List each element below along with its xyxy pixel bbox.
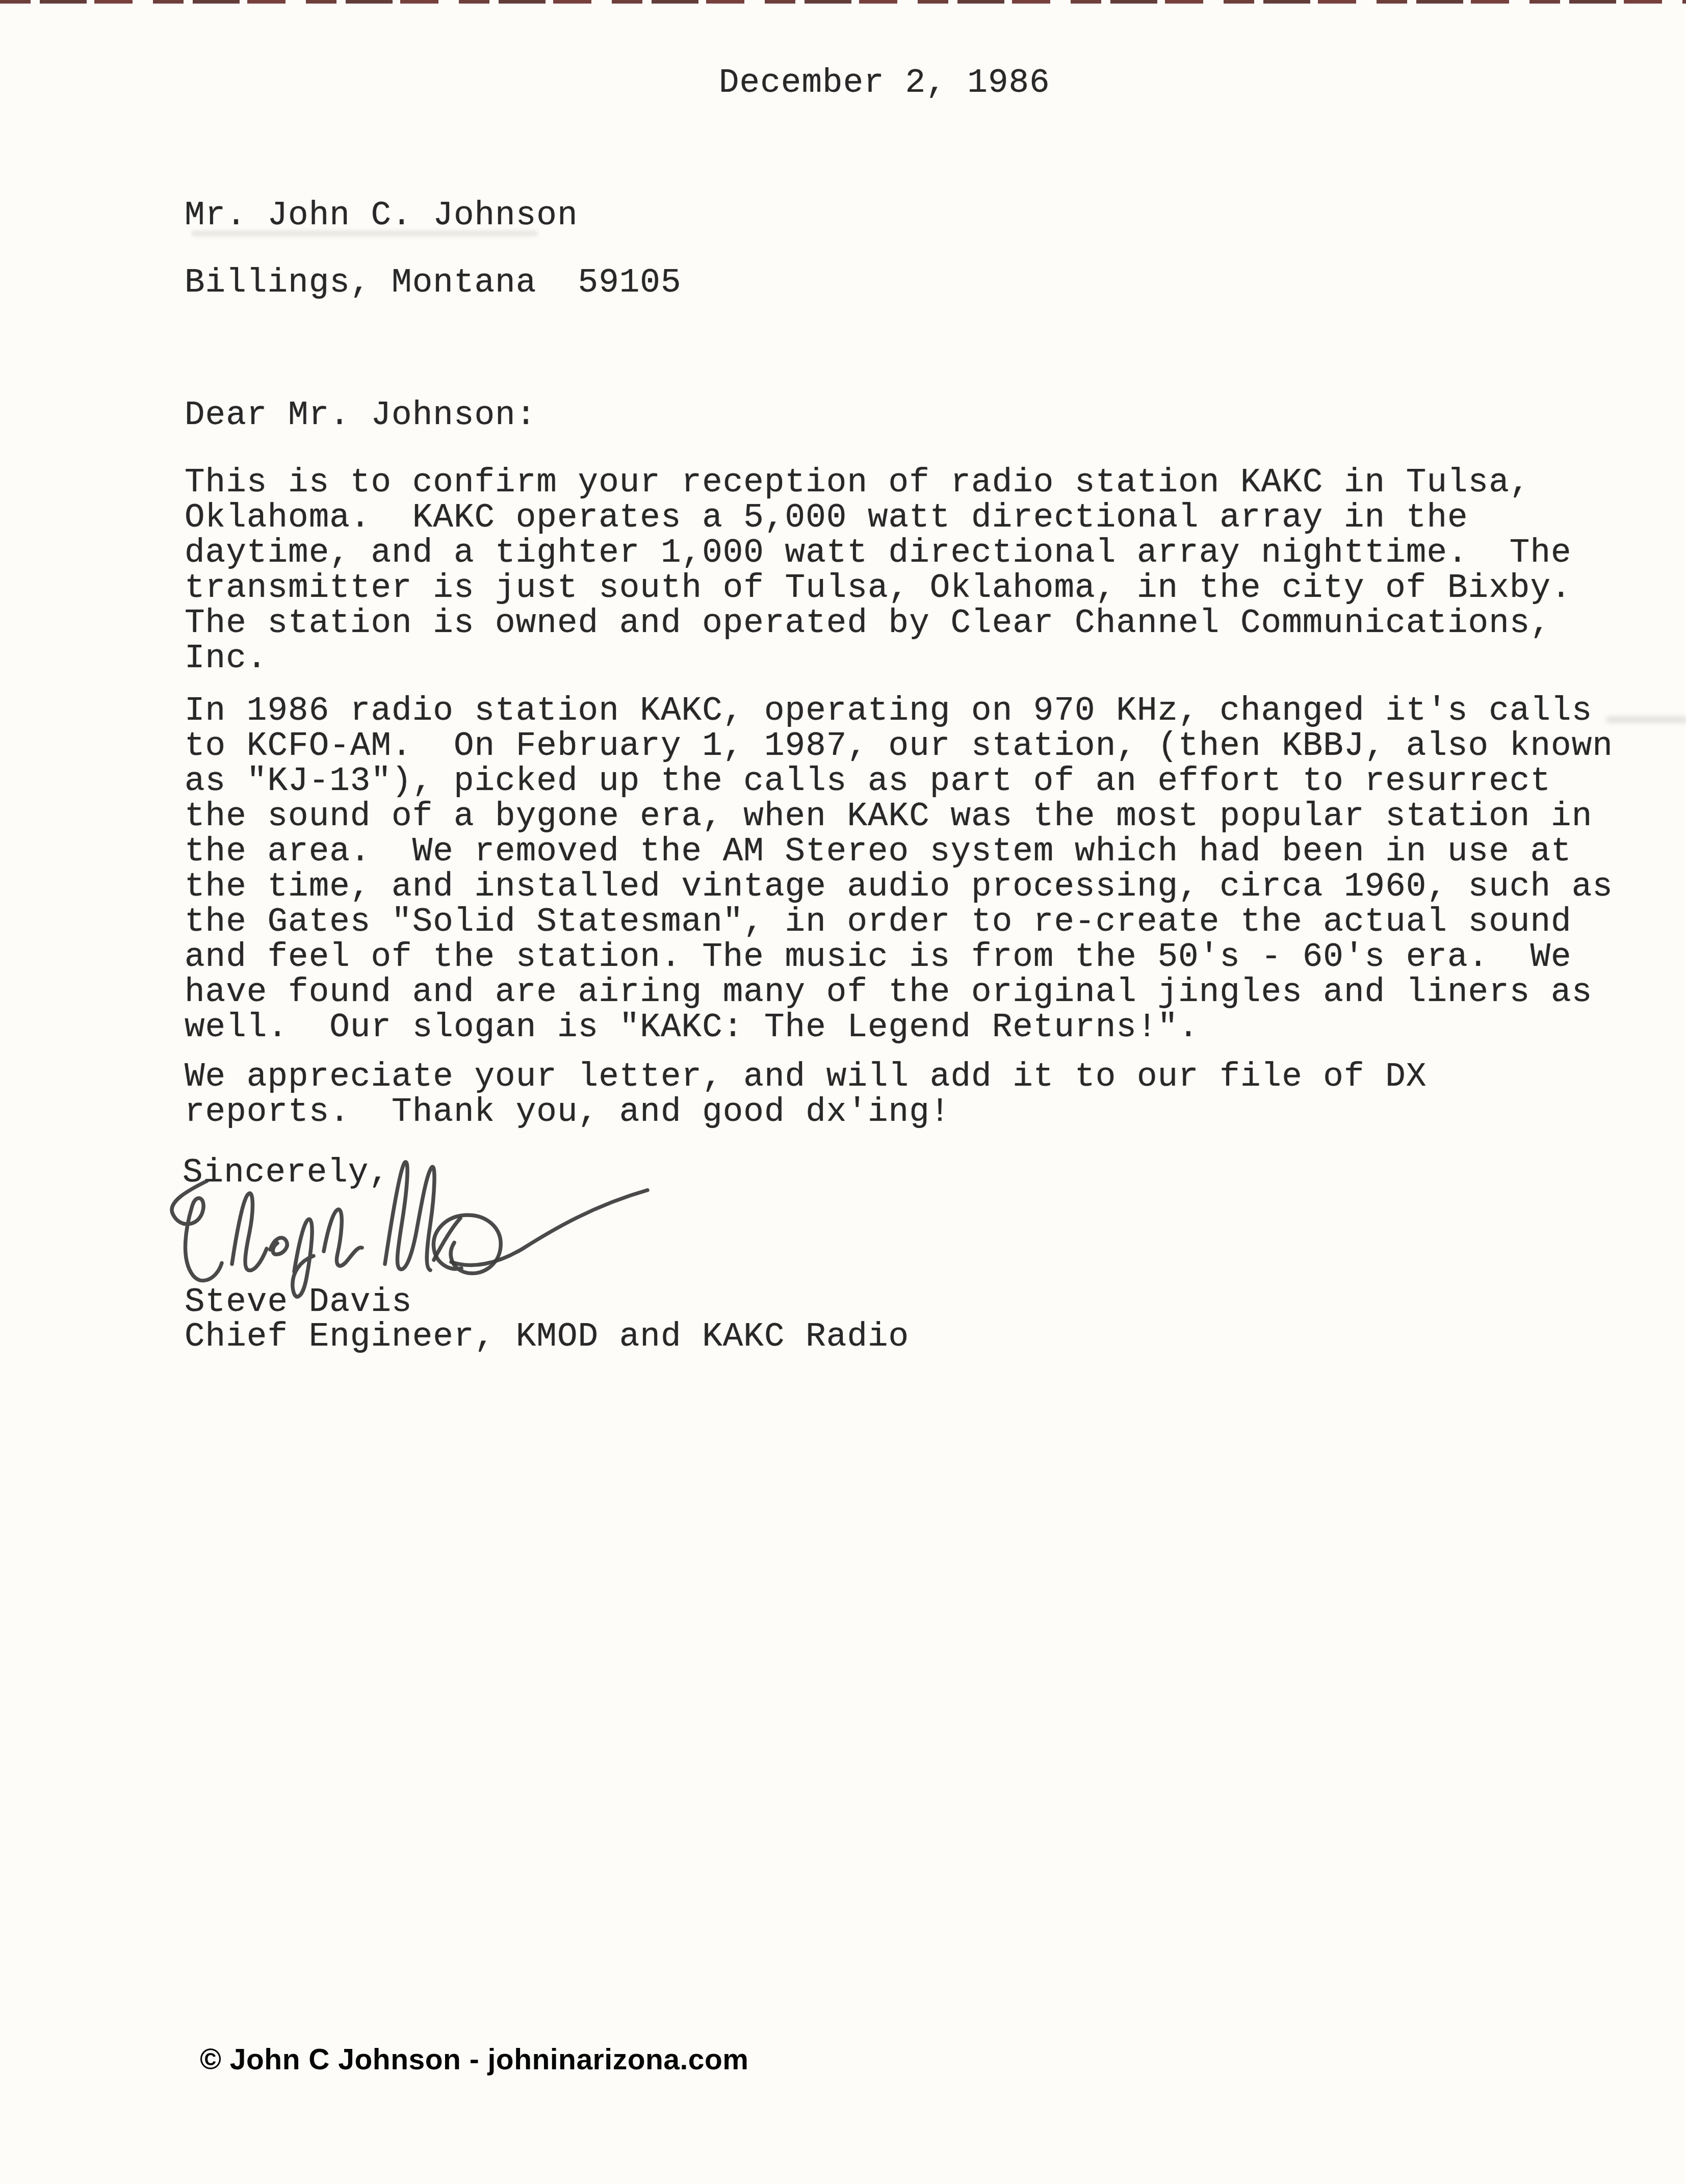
paragraph-3: We appreciate your letter, and will add … [185,1059,1426,1129]
scanned-letter-page: December 2, 1986 Mr. John C. Johnson Bil… [0,0,1686,2184]
recipient-city-line: Billings, Montana 59105 [185,265,682,300]
recipient-name: Mr. John C. Johnson [185,198,578,233]
salutation: Dear Mr. Johnson: [185,398,536,433]
redacted-address-smudge [191,230,538,236]
scan-smudge [1606,716,1686,723]
paragraph-2: In 1986 radio station KAKC, operating on… [185,693,1613,1045]
date-line: December 2, 1986 [719,65,1050,100]
copyright-footer: © John C Johnson - johninarizona.com [200,2043,749,2076]
paragraph-1: This is to confirm your reception of rad… [185,465,1572,676]
signer-name: Steve Davis [185,1284,412,1320]
scan-edge-artifact [0,0,1686,4]
signer-title: Chief Engineer, KMOD and KAKC Radio [185,1319,909,1354]
